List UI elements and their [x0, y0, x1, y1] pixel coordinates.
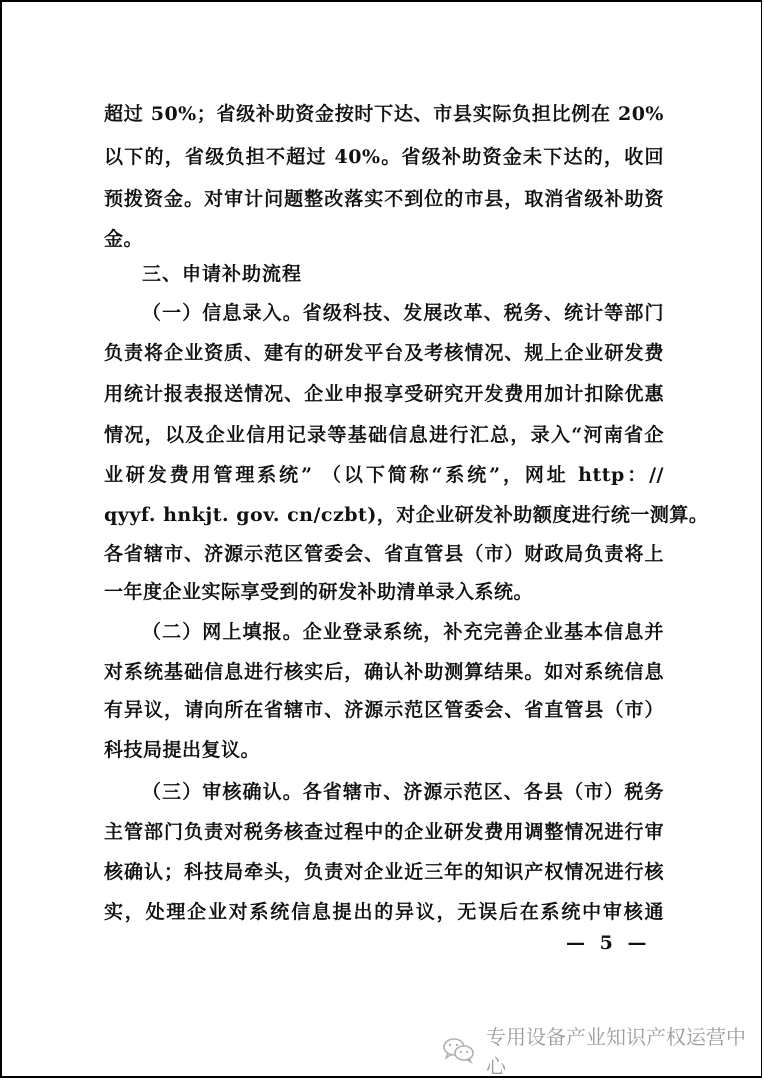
watermark-text: 专用设备产业知识产权运营中心 [486, 1021, 761, 1079]
wechat-icon [442, 1036, 476, 1064]
page-number: — 5 — [566, 932, 650, 954]
paragraph-3-line: （三）审核确认。各省辖市、济源示范区、各县（市）税务 [142, 780, 664, 804]
paragraph-1-line: （一）信息录入。省级科技、发展改革、税务、统计等部门 [142, 301, 664, 325]
paragraph-1-line: 各省辖市、济源示范区管委会、省直管县（市）财政局负责将上 [104, 542, 664, 566]
text-line: 预拨资金。对审计问题整改落实不到位的市县，取消省级补助资 [104, 187, 664, 211]
paragraph-2-line: 科技局提出复议。 [104, 738, 664, 762]
paragraph-3-line: 实，处理企业对系统信息提出的异议，无误后在系统中审核通 [104, 900, 664, 924]
text-line: 以下的，省级负担不超过 40%。省级补助资金未下达的，收回 [104, 145, 664, 169]
paragraph-3-line: 核确认；科技局牵头，负责对企业近三年的知识产权情况进行核 [104, 860, 664, 884]
paragraph-3-line: 主管部门负责对税务核查过程中的企业研发费用调整情况进行审 [104, 820, 664, 844]
paragraph-1-line: 一年度企业实际享受到的研发补助清单录入系统。 [104, 580, 664, 604]
section-heading: 三、申请补助流程 [142, 262, 664, 286]
paragraph-1-line: qyyf. hnkjt. gov. cn/czbt)，对企业研发补助额度进行统一… [104, 503, 664, 527]
paragraph-2-line: （二）网上填报。企业登录系统，补充完善企业基本信息并 [142, 620, 664, 644]
document-page: 超过 50%；省级补助资金按时下达、市县实际负担比例在 20% 以下的，省级负担… [0, 0, 762, 1078]
paragraph-2-line: 对系统基础信息进行核实后，确认补助测算结果。如对系统信息 [104, 660, 664, 684]
text-line: 金。 [104, 227, 664, 251]
text-line: 超过 50%；省级补助资金按时下达、市县实际负担比例在 20% [104, 102, 664, 126]
paragraph-2-line: 有异议，请向所在省辖市、济源示范区管委会、省直管县（市） [104, 698, 664, 722]
watermark: 专用设备产业知识产权运营中心 [442, 1035, 761, 1065]
paragraph-1-line: 情况，以及企业信用记录等基础信息进行汇总，录入“河南省企 [104, 423, 664, 447]
paragraph-1-line: 负责将企业资质、建有的研发平台及考核情况、规上企业研发费 [104, 341, 664, 365]
paragraph-1-line: 业研发费用管理系统” （以下简称“系统”，网址 http：// [104, 463, 664, 487]
paragraph-1-line: 用统计报表报送情况、企业申报享受研究开发费用加计扣除优惠 [104, 382, 664, 406]
